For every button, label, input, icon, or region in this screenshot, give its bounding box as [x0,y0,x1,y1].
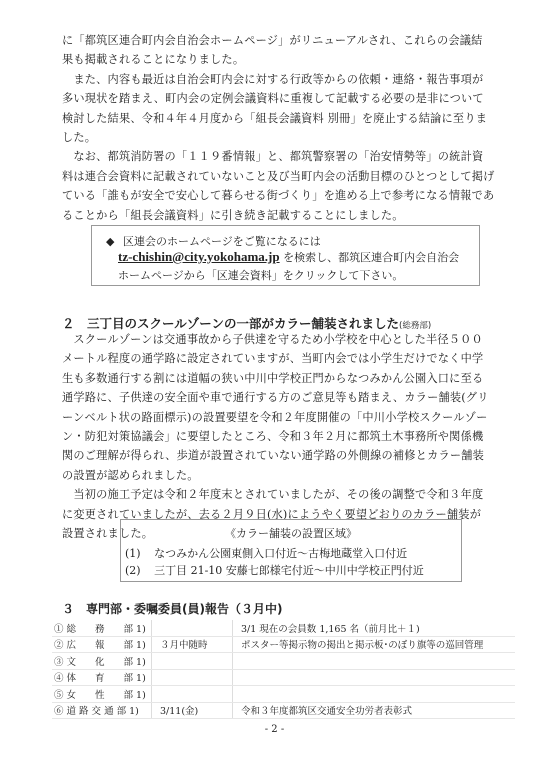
text-line: 関のご理解が得られ、歩道が設置されていない通学路の外側線の補修とカラー舗装 [62,446,502,465]
table-row: ① 総 務 部 1) 3/1 現在の会員数 1,165 名（前月比＋１) [52,620,515,636]
info-line-2: を検索し、都筑区連合町内会自治会 [280,251,460,264]
dept-cell: ① 総 務 部 1) [52,620,152,636]
text-line: 多い現状を踏まえ、町内会の定例会議資料に重複して記載する必要の是非について [62,89,502,108]
date-cell [152,669,233,686]
date-cell [152,686,233,703]
committee-report-table: ① 総 務 部 1) 3/1 現在の会員数 1,165 名（前月比＋１) ② 広… [52,620,515,719]
text-line: スクールゾーンは交通事故から子供達を守るため小学校を中心とした半径５００ [62,330,502,349]
info-line-3: ホームページから「区連会資料」をクリックして下さい。 [118,269,403,282]
dept-cell: ⑤ 女 性 部 1) [52,686,152,703]
text-line: の設置が認められました。 [62,466,502,485]
dept-cell: ② 広 報 部 1) [52,636,152,653]
area-item-number: (2) [125,564,141,577]
content-cell [233,669,516,686]
text-line: また、内容も最近は自治会町内会に対する行政等からの依頼・連絡・報告事項が [62,70,502,89]
table-row: ⑤ 女 性 部 1) [52,686,515,703]
text-line: ている「誰もが安全で安心して暮らせる街づくり」を進める上で参考になる情報であ [62,186,502,205]
date-cell: 3/11(金) [152,702,233,719]
paving-area-box: 《カラー舗装の設置区域》 (1) なつみかん公園東側入口付近～古梅地蔵堂入口付近… [120,519,462,582]
text-line: メートル程度の通学路に設定されていますが、当町内会では小学生だけでなく中学 [62,349,502,368]
content-cell [233,686,516,703]
date-cell [152,653,233,670]
text-line: ン・防犯対策協議会」に要望したところ、令和３年２月に都筑土木事務所や関係機 [62,427,502,446]
section2-paragraph: スクールゾーンは交通事故から子供達を守るため小学校を中心とした半径５００ メート… [62,330,502,543]
text-line: 料は連合会資料に記載されていないこと及び当町内会の活動目標のひとつとして掲げ [62,167,502,186]
content-cell: 3/1 現在の会員数 1,165 名（前月比＋１) [233,620,516,636]
table-row: ⑥ 道 路 交 通 部 1) 3/11(金) 令和３年度都筑区交通安全功労者表彰… [52,702,515,719]
content-cell: 令和３年度都筑区交通安全功労者表彰式 [233,702,516,719]
date-cell: ３月中随時 [152,636,233,653]
text-line: 通学路に、子供達の安全面や車で通行する方のご意見等も踏まえ、カラー舗装(グリ [62,388,502,407]
area-item-text: 三丁目 21-10 安藤七郎様宅付近～中川中学校正門付近 [154,564,424,577]
section1-paragraph: に「都筑区連合町内会自治会ホームページ」がリニューアルされ、これらの会議結 果も… [62,31,502,225]
text-line: 当初の施工予定は令和２年度末とされていましたが、その後の調整で令和３年度 [62,485,502,504]
diamond-bullet-icon: ◆ [106,235,114,248]
text-line: ーンベルト状の路面標示)の設置要望を令和２年度開催の「中川小学校スクールゾー [62,408,502,427]
info-line-1: 区連会のホームページをご覧になるには [123,235,321,248]
text-line: に「都筑区連合町内会自治会ホームページ」がリニューアルされ、これらの会議結 [62,31,502,50]
dept-cell: ⑥ 道 路 交 通 部 1) [52,702,152,719]
area-item: (2) 三丁目 21-10 安藤七郎様宅付近～中川中学校正門付近 [125,562,424,578]
area-box-title: 《カラー舗装の設置区域》 [121,525,461,541]
area-item: (1) なつみかん公園東側入口付近～古梅地蔵堂入口付近 [125,545,407,561]
text-line: 生も多数通行する割には道幅の狭い中川中学校正門からなつみかん公園入口に至る [62,369,502,388]
dept-cell: ③ 文 化 部 1) [52,653,152,670]
page-number: - 2 - [0,724,549,735]
section2-title: ２ 三丁目のスクールゾーンの一部がカラー舗装されました [62,316,399,331]
text-line: した。 [62,128,502,147]
content-cell: ポスター等掲示物の掲出と掲示板･のぼり旗等の巡回管理 [233,636,516,653]
homepage-info-box: ◆ 区連会のホームページをご覧になるには tz-chishin@city.yok… [91,225,480,286]
text-line: ることから「組長会議資料」に引き続き記載することにしました。 [62,206,502,225]
text-line: なお、都筑消防署の「１１９番情報」と、都筑警察署の「治安情勢等」の統計資 [62,147,502,166]
area-item-number: (1) [125,547,141,560]
table-row: ④ 体 育 部 1) [52,669,515,686]
content-cell [233,653,516,670]
text-line: 果も掲載されることになりました。 [62,50,502,69]
table-row: ② 広 報 部 1) ３月中随時 ポスター等掲示物の掲出と掲示板･のぼり旗等の巡… [52,636,515,653]
section3-heading: ３ 専門部・委嘱委員(員)報告（３月中) [62,600,282,617]
table-row: ③ 文 化 部 1) [52,653,515,670]
dept-cell: ④ 体 育 部 1) [52,669,152,686]
date-cell [152,620,233,636]
area-item-text: なつみかん公園東側入口付近～古梅地蔵堂入口付近 [154,547,407,560]
text-line: 検討した結果、令和４年４月度から「組長会議資料 別冊」を廃止する結論に至りま [62,109,502,128]
email-link[interactable]: tz-chishin@city.yokohama.jp [118,249,280,264]
